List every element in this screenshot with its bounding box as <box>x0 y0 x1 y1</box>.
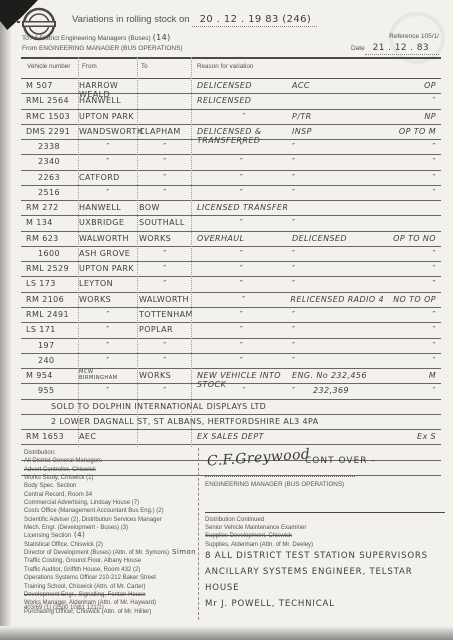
distribution-item: Statistical Office, Chiswick (2) <box>24 541 196 549</box>
column-header-to: To <box>141 63 148 70</box>
cell-vehicle-number: RM 1653 <box>21 432 78 441</box>
date-line: Date21 . 12 . 83 <box>351 43 439 53</box>
table-row: 240 ″ ″ ″″″ <box>21 354 441 369</box>
column-header-vehicle-number: Vehicle number <box>27 63 70 70</box>
distribution-continued-heading: Distribution Continued <box>205 517 445 524</box>
reason-status <box>384 203 439 212</box>
handwritten-note: (4) <box>74 531 85 539</box>
signatory-title: ENGINEERING MANAGER (BUS OPERATIONS) <box>205 481 344 488</box>
table-row: RM 272 HANWELL BOW LICENSED TRANSFER <box>21 201 441 216</box>
scan-edge-bottom <box>0 626 453 640</box>
reason-text: ″ <box>193 157 286 166</box>
cell-to: ″ <box>139 157 191 166</box>
cell-from: UXBRIDGE <box>79 218 137 227</box>
distribution-item-text: Traffic Costing, Ground Floor, Albany Ho… <box>24 558 141 564</box>
reason-code: ″ <box>286 157 384 166</box>
cell-vehicle-number: 2263 <box>21 173 78 182</box>
table-row: LS 171 ″ POPLAR ″″″ <box>21 323 441 338</box>
reason-code <box>292 96 384 105</box>
reason-code: ″ <box>286 325 384 334</box>
footer-section: Distribution: All District General Manag… <box>0 448 453 628</box>
cell-reason: ″P/TRNP <box>193 112 439 121</box>
cell-vehicle-number: LS 171 <box>21 325 78 334</box>
cell-spanning-note: 2 LOWER DAGNALL ST, ST ALBANS, HERTFORDS… <box>51 417 441 426</box>
cell-to: WORKS <box>139 371 191 380</box>
table-row: 2 LOWER DAGNALL ST, ST ALBANS, HERTFORDS… <box>21 415 441 430</box>
cell-to: SOUTHALL <box>139 218 191 227</box>
reason-status: NO TO OP <box>384 295 439 304</box>
reason-text: DELICENSED <box>193 81 292 90</box>
handwritten-line: Mr J. POWELL, TECHNICAL <box>205 596 450 612</box>
handwritten-line: 8 ALL DISTRICT TEST STATION SUPERVISORS <box>205 548 450 564</box>
reason-code: ″ <box>286 188 384 197</box>
to-count-annotation: (14) <box>153 33 171 42</box>
distribution-item: Advert Controller, Chiswick <box>24 466 196 474</box>
column-divider <box>191 57 192 447</box>
distribution-item: Development Engr., Signalling, Fenton Ho… <box>24 591 196 599</box>
cell-from: UPTON PARK <box>79 112 137 121</box>
distribution-item: Central Record, Room 34 <box>24 491 196 499</box>
reason-status: ″ <box>384 325 439 334</box>
cell-vehicle-number: DMS 2291 <box>21 127 78 136</box>
cell-from: ″ <box>79 325 137 334</box>
table-row: RM 623 WALWORTH WORKS OVERHAULDELICENSED… <box>21 232 441 247</box>
cont-over-note: CONT OVER - <box>305 456 376 466</box>
table-row: M 134 UXBRIDGE SOUTHALL ″″ <box>21 216 441 231</box>
reason-text: ″ <box>193 310 286 319</box>
cell-reason: ″″″ <box>193 341 439 350</box>
distribution-item: Operations Systems Officer 210-212 Baker… <box>24 574 196 582</box>
reason-status: OP <box>384 81 439 90</box>
cell-reason: DELICENSEDACCOP <box>193 81 439 90</box>
column-header-from: From <box>82 63 97 70</box>
reason-code: ″ <box>286 218 384 227</box>
distribution-item: Training School, Chiswick (Attn. of Mr. … <box>24 583 196 591</box>
column-header-reason: Reason for variation <box>197 63 253 70</box>
cell-vehicle-number: 955 <box>21 386 78 395</box>
distribution-continued: Distribution Continued Senior Vehicle Ma… <box>205 517 445 549</box>
table-row: 1600 ASH GROVE ″ ″″″ <box>21 247 441 262</box>
reason-status <box>384 218 439 227</box>
reason-code: ″ <box>286 341 384 350</box>
table-row: 2263 CATFORD ″ ″″″ <box>21 171 441 186</box>
scanned-document-page: Variations in rolling stock on20 . 12 . … <box>0 0 453 640</box>
table-row: M 507 HARROW WEALD DELICENSEDACCOP <box>21 79 441 94</box>
cell-to: WORKS <box>139 234 191 243</box>
cell-reason: LICENSED TRANSFER <box>193 203 439 212</box>
reason-code: DELICENSED <box>292 234 384 243</box>
cell-to: ″ <box>139 386 191 395</box>
title-printed-label: Variations in rolling stock on <box>72 14 190 25</box>
table-row: RML 2529 UPTON PARK ″ ″″″ <box>21 262 441 277</box>
cell-from: ″ <box>79 310 137 319</box>
reason-status: ″ <box>384 249 439 258</box>
cell-from: ″ <box>79 188 137 197</box>
to-line: To All District Engineering Managers (Bu… <box>22 33 171 42</box>
reason-text: ″ <box>193 356 286 365</box>
cell-reason: ″″″ <box>193 310 439 319</box>
cell-from: MCW BIRMINGHAM <box>79 370 137 381</box>
cell-vehicle-number: LS 173 <box>21 279 78 288</box>
reason-text: ″ <box>193 325 286 334</box>
distribution-item: Works Study, Chiswick (1) <box>24 474 196 482</box>
cell-to: ″ <box>139 356 191 365</box>
reason-text: ″ <box>193 218 286 227</box>
cell-reason: RELICENSED″ <box>193 96 439 105</box>
cell-from: ″ <box>79 341 137 350</box>
table-row: RM 1653 AEC EX SALES DEPTEx S <box>21 430 441 445</box>
cell-from: WORKS <box>79 295 137 304</box>
reason-code: ″ <box>286 310 384 319</box>
handwritten-line: ANCILLARY SYSTEMS ENGINEER, TELSTAR HOUS… <box>205 564 450 596</box>
distribution-item-text: Supplies, Aldenham (Attn. of Mr. Deeley) <box>205 542 313 548</box>
distribution-item-text: Statistical Office, Chiswick (2) <box>24 542 103 548</box>
distribution-list: Distribution: All District General Manag… <box>24 450 196 616</box>
distribution-item: Costs Office (Management Accountant Bus … <box>24 507 196 515</box>
cell-from: ″ <box>79 386 137 395</box>
distribution-item-text: Traffic Auditor, Griffith House, Room 43… <box>24 567 140 573</box>
reason-code: ″ <box>286 173 384 182</box>
reason-code: ″ <box>286 249 384 258</box>
title-handwritten-date: 20 . 12 . 19 83 (246) <box>192 14 318 27</box>
reference-line: Reference 105/1/ <box>389 33 439 40</box>
form-code: 403/69 (1) (2500 10/61 121/1) <box>24 605 104 611</box>
table-row: LS 173 LEYTON ″ ″″″ <box>21 277 441 292</box>
table-row: 2338 ″ ″ ″″″ <box>21 140 441 155</box>
table-row: RML 2491 ″ TOTTENHAM ″″″ <box>21 308 441 323</box>
reason-status: OP TO NO <box>384 234 439 243</box>
handwritten-additions: 8 ALL DISTRICT TEST STATION SUPERVISORSA… <box>205 548 450 612</box>
distribution-item: Scientific Adviser (2), Distribution Ser… <box>24 516 196 524</box>
cell-from: ″ <box>79 142 137 151</box>
cell-from: CATFORD <box>79 173 137 182</box>
cell-reason: ″″″ <box>193 173 439 182</box>
reason-text: EX SALES DEPT <box>193 432 292 441</box>
reason-text: OVERHAUL <box>193 234 292 243</box>
cell-reason: ″″″ <box>193 249 439 258</box>
table-row: 197 ″ ″ ″″″ <box>21 339 441 354</box>
distribution-item-text: Licensing Section <box>24 533 71 539</box>
reason-text: ″ <box>193 249 286 258</box>
reason-status: ″ <box>384 310 439 319</box>
distribution-item-text: Supplies Development, Chiswick <box>205 533 292 539</box>
cell-reason: ″″ 232,369″ <box>193 386 439 395</box>
distribution-item-text: Central Record, Room 34 <box>24 492 92 498</box>
reason-text: RELICENSED <box>193 96 292 105</box>
cell-to: ″ <box>139 341 191 350</box>
cell-to: CLAPHAM <box>139 127 191 136</box>
reason-status: ″ <box>384 173 439 182</box>
cell-to: ″ <box>139 264 191 273</box>
distribution-item: Body Spec. Section <box>24 482 196 490</box>
reason-text: ″ <box>193 279 286 288</box>
cell-vehicle-number: RMC 1503 <box>21 112 78 121</box>
table-row: RMC 1503 UPTON PARK ″P/TRNP <box>21 110 441 125</box>
table-row: DMS 2291 WANDSWORTH CLAPHAM DELICENSED &… <box>21 125 441 140</box>
distribution-item: Mech. Engr. (Development - Buses) (3) <box>24 524 196 532</box>
reason-status: ″ <box>384 188 439 197</box>
handwritten-note: Simon <box>172 548 196 556</box>
cell-reason: ″″ <box>193 218 439 227</box>
cell-to: ″ <box>139 279 191 288</box>
table-row: 2340 ″ ″ ″″″ <box>21 155 441 170</box>
signature: C.F.Greywood <box>207 446 311 469</box>
distribution-item-text: Training School, Chiswick (Attn. of Mr. … <box>24 584 145 590</box>
cell-from: HANWELL <box>79 96 137 105</box>
table-row: 955 ″ ″ ″″ 232,369″ <box>21 384 441 399</box>
distribution-item: Supplies Development, Chiswick <box>205 532 445 540</box>
cell-from: ″ <box>79 157 137 166</box>
table-row: 2516 ″ ″ ″″″ <box>21 186 441 201</box>
reason-status: ″ <box>384 386 439 395</box>
distribution-heading: Distribution: <box>24 450 196 457</box>
cell-vehicle-number: M 507 <box>21 81 78 90</box>
signature-line <box>205 476 355 477</box>
distribution-continued-items: Senior Vehicle Maintenance Examiner Supp… <box>205 524 445 549</box>
reason-text: ″ <box>193 188 286 197</box>
distribution-item-text: Commercial Advertising, Lindsay House (7… <box>24 500 139 506</box>
cell-reason: ″″″ <box>193 142 439 151</box>
footer-rule <box>205 512 445 513</box>
reason-status: ″ <box>384 96 439 105</box>
cell-reason: ″″″ <box>193 188 439 197</box>
distribution-item: Commercial Advertising, Lindsay House (7… <box>24 499 196 507</box>
table-row: M 954 MCW BIRMINGHAM WORKS NEW VEHICLE I… <box>21 369 441 384</box>
reason-status: Ex S <box>384 432 439 441</box>
reason-code <box>292 203 384 212</box>
reason-code: P/TR <box>292 112 384 121</box>
distribution-items: All District General Managers Advert Con… <box>24 457 196 616</box>
table-row: RM 2106 WORKS WALWORTH ″RELICENSED RADIO… <box>21 293 441 308</box>
distribution-item-text: Advert Controller, Chiswick <box>24 467 96 473</box>
distribution-item-text: Scientific Adviser (2), Distribution Ser… <box>24 517 162 523</box>
distribution-item-text: Body Spec. Section <box>24 483 76 489</box>
reason-code: ″ <box>286 356 384 365</box>
cell-from: UPTON PARK <box>79 264 137 273</box>
reason-code: ACC <box>292 81 384 90</box>
reason-text: ″ <box>193 386 292 395</box>
cell-vehicle-number: 2338 <box>21 142 78 151</box>
cell-vehicle-number: M 954 <box>21 371 78 380</box>
cell-to: ″ <box>139 173 191 182</box>
distribution-item: Licensing Section(4) <box>24 532 196 540</box>
cell-reason: ″″″ <box>193 264 439 273</box>
cell-reason: ″″″ <box>193 325 439 334</box>
cell-to: ″ <box>139 142 191 151</box>
cell-from: LEYTON <box>79 279 137 288</box>
cell-reason: ″″″ <box>193 279 439 288</box>
distribution-item-text: Costs Office (Management Accountant Bus … <box>24 508 164 514</box>
distribution-item: Traffic Costing, Ground Floor, Albany Ho… <box>24 557 196 565</box>
rolling-stock-table: Vehicle number From To Reason for variat… <box>21 57 441 476</box>
reason-text: ″ <box>193 264 286 273</box>
document-title: Variations in rolling stock on20 . 12 . … <box>72 14 317 25</box>
distribution-item: Senior Vehicle Maintenance Examiner <box>205 524 445 532</box>
reason-status: ″ <box>384 341 439 350</box>
cell-vehicle-number: RML 2491 <box>21 310 78 319</box>
reason-text: ″ <box>193 142 286 151</box>
cell-reason: ″″″ <box>193 356 439 365</box>
cell-vehicle-number: RM 623 <box>21 234 78 243</box>
cell-vehicle-number: 240 <box>21 356 78 365</box>
reason-text: ″ <box>193 173 286 182</box>
cell-reason: ″″″ <box>193 157 439 166</box>
reason-status: ″ <box>384 279 439 288</box>
column-divider <box>137 57 138 447</box>
cell-vehicle-number: 1600 <box>21 249 78 258</box>
reason-status: ″ <box>384 356 439 365</box>
distribution-item-text: Mech. Engr. (Development - Buses) (3) <box>24 525 128 531</box>
table-body: M 507 HARROW WEALD DELICENSEDACCOP RML 2… <box>21 79 441 476</box>
reason-code: RELICENSED RADIO 4 <box>290 295 384 304</box>
reason-status: ″ <box>384 157 439 166</box>
cell-from: AEC <box>79 432 137 441</box>
table-row: SOLD TO DOLPHIN INTERNATIONAL DISPLAYS L… <box>21 400 441 415</box>
column-divider <box>78 57 79 447</box>
cell-from: HANWELL <box>79 203 137 212</box>
cell-from: WALWORTH <box>79 234 137 243</box>
reason-text: LICENSED TRANSFER <box>193 203 292 212</box>
cell-vehicle-number: RM 272 <box>21 203 78 212</box>
table-row: RML 2564 HANWELL RELICENSED″ <box>21 94 441 109</box>
cell-from: ASH GROVE <box>79 249 137 258</box>
reason-code: ″ 232,369 <box>292 386 384 395</box>
distribution-item: Director of Development (Buses) (Attn. o… <box>24 549 196 557</box>
date-handwritten-value: 21 . 12 . 83 <box>365 43 439 55</box>
distribution-item-text: Operations Systems Officer 210-212 Baker… <box>24 575 156 581</box>
cell-vehicle-number: 197 <box>21 341 78 350</box>
cell-vehicle-number: RML 2564 <box>21 96 78 105</box>
distribution-item-text: All District General Managers <box>24 458 102 464</box>
cell-reason: ″RELICENSED RADIO 4NO TO OP <box>193 295 439 304</box>
distribution-item-text: Senior Vehicle Maintenance Examiner <box>205 525 306 531</box>
reason-text: ″ <box>193 341 286 350</box>
reason-text: ″ <box>193 112 292 121</box>
cell-to: ″ <box>139 249 191 258</box>
cell-vehicle-number: RML 2529 <box>21 264 78 273</box>
cell-from: ″ <box>79 356 137 365</box>
from-line: From ENGINEERING MANAGER (BUS OPERATIONS… <box>22 45 183 52</box>
cell-reason: OVERHAULDELICENSEDOP TO NO <box>193 234 439 243</box>
reason-code <box>292 432 384 441</box>
cell-from: WANDSWORTH <box>79 127 137 136</box>
distribution-item-text: Works Study, Chiswick (1) <box>24 475 93 481</box>
distribution-item-text: Director of Development (Buses) (Attn. o… <box>24 550 169 556</box>
table-header-row: Vehicle number From To Reason for variat… <box>21 57 441 79</box>
cell-to: BOW <box>139 203 191 212</box>
date-label: Date <box>351 45 365 52</box>
reason-code: ″ <box>286 264 384 273</box>
cell-vehicle-number: 2516 <box>21 188 78 197</box>
distribution-item: All District General Managers <box>24 457 196 465</box>
cell-reason: EX SALES DEPTEx S <box>193 432 439 441</box>
reason-status: ″ <box>384 142 439 151</box>
cell-spanning-note: SOLD TO DOLPHIN INTERNATIONAL DISPLAYS L… <box>51 402 441 411</box>
to-label: To All District Engineering Managers (Bu… <box>22 35 151 42</box>
reason-status: NP <box>384 112 439 121</box>
footer-column-divider <box>198 448 199 620</box>
cell-to: TOTTENHAM <box>139 310 191 319</box>
cell-vehicle-number: RM 2106 <box>21 295 78 304</box>
cell-to: POPLAR <box>139 325 191 334</box>
cell-to: WALWORTH <box>139 295 191 304</box>
distribution-item: Traffic Auditor, Griffith House, Room 43… <box>24 566 196 574</box>
distribution-item-text: Development Engr., Signalling, Fenton Ho… <box>24 592 145 598</box>
cell-vehicle-number: M 134 <box>21 218 78 227</box>
reason-code: ″ <box>286 279 384 288</box>
reason-status: ″ <box>384 264 439 273</box>
reason-text: ″ <box>193 295 290 304</box>
reason-code: ″ <box>286 142 384 151</box>
cell-to: ″ <box>139 188 191 197</box>
cell-vehicle-number: 2340 <box>21 157 78 166</box>
